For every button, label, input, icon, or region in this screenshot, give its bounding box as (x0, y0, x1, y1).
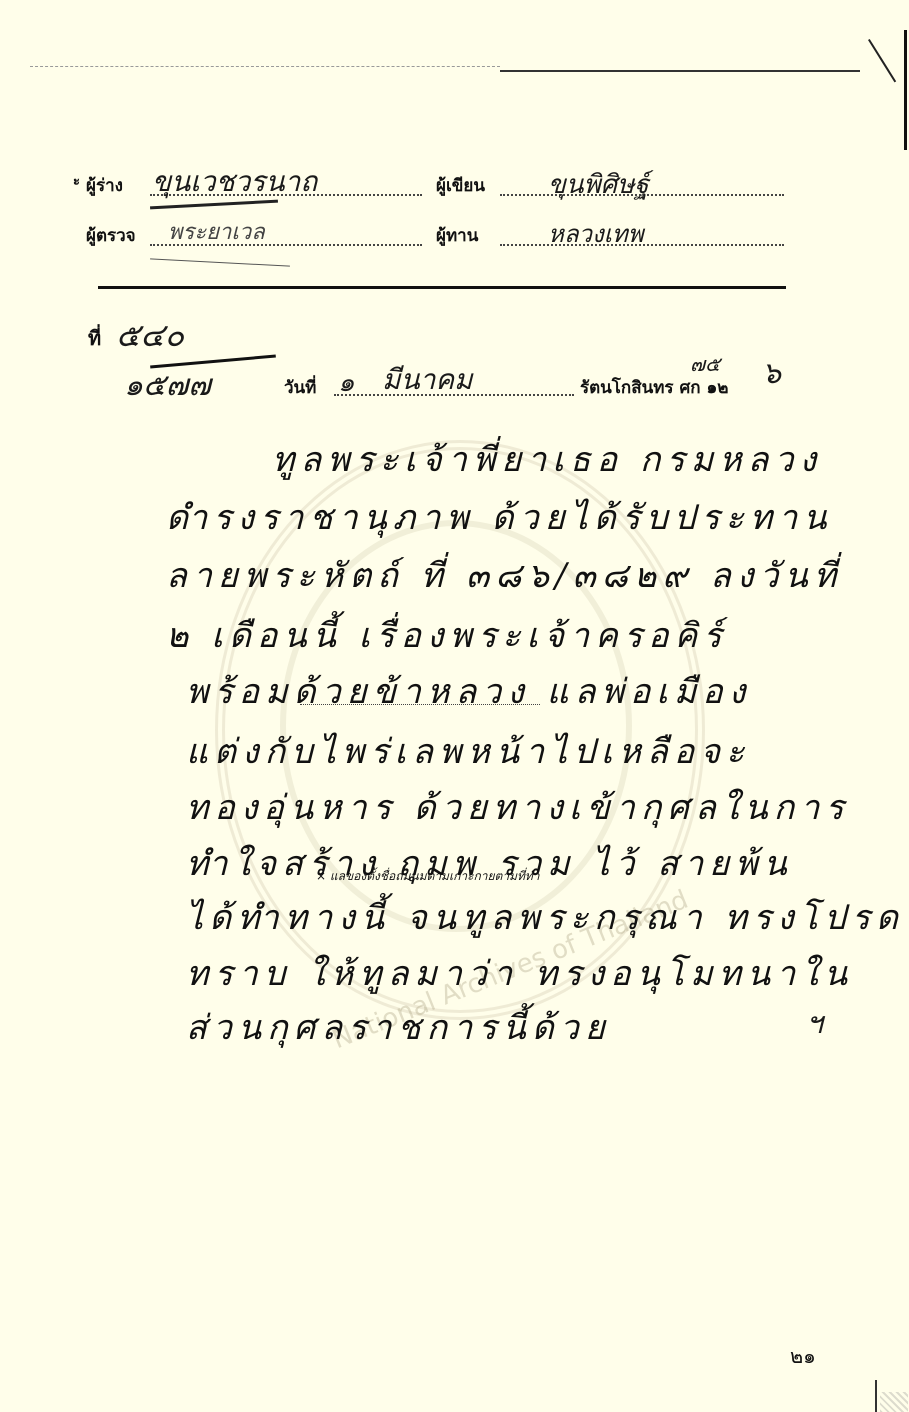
scan-bottom-edge (875, 1380, 877, 1412)
date-day-value: ๑ (338, 362, 355, 403)
scan-smudge (880, 1392, 908, 1412)
header-divider (98, 286, 786, 289)
proofreader-signature: หลวงเทพ (548, 214, 644, 253)
scan-top-rule (30, 66, 500, 67)
drafter-label: ผู้ร่าง (86, 172, 123, 199)
reference-number-bottom: ๑๕๗๗ (124, 362, 211, 409)
body-line-4: ๒ เดือนนี้ เรื่องพระเจ้าครอคิร์ (166, 608, 728, 662)
drafter-signature: ขุนเวชวรนาถ (152, 160, 317, 204)
body-line-1: ทูลพระเจ้าพี่ยาเธอ กรมหลวง (272, 432, 822, 486)
era-year-superscript: ๗๕ (690, 348, 720, 380)
page-edge (904, 30, 907, 150)
body-line-3: ลายพระหัตถ์ ที่ ๓๘๖/๓๘๒๙ ลงวันที่ (166, 548, 842, 602)
body-line-5: พร้อมด้วยข้าหลวง แลพ่อเมือง (186, 664, 751, 718)
date-day-label: วันที่ (284, 374, 316, 401)
era-year-suffix: ๖ (762, 350, 781, 397)
body-line-2: ดำรงราชานุภาพ ด้วยได้รับประทาน (166, 490, 833, 544)
header-mark: ะ (73, 170, 80, 191)
date-month-value: มีนาคม (382, 358, 473, 402)
body-line-11: ส่วนกุศลราชการนี้ด้วย (186, 1000, 611, 1054)
scan-top-rule-dark (500, 70, 860, 72)
writer-signature: ขุนพิศิษฐ์ (548, 164, 649, 205)
body-line-10: ทราบ ให้ทูลมาว่า ทรงอนุโมทนาใน (186, 946, 853, 1000)
reference-number-top: ๕๔๐ (116, 310, 184, 361)
corner-slash-mark (868, 39, 896, 82)
checker-label: ผู้ตรวจ (86, 222, 136, 249)
body-line-5-dots (300, 704, 540, 705)
proofreader-label: ผู้ทาน (436, 222, 478, 249)
checker-signature: พระยาเวล (168, 214, 265, 249)
reference-no-label: ที่ (88, 322, 101, 354)
page-number: ๒๑ (790, 1340, 816, 1372)
insertion-note: × แลของตั้งชื่อถมนมตามเกาะกายตามที่ทำ (316, 867, 540, 886)
stray-stroke (150, 258, 290, 266)
body-line-7: ทองอุ่นหาร ด้วยทางเข้ากุศลในการ (186, 780, 850, 834)
writer-label: ผู้เขียน (436, 172, 485, 199)
closing-mark: ฯ (806, 1000, 823, 1047)
body-line-9: ได้ทำทางนี้ จนทูลพระกรุณา ทรงโปรด (186, 890, 904, 944)
body-line-6: แต่งกับไพร่เลพหน้าไปเหลือจะ (186, 724, 750, 778)
